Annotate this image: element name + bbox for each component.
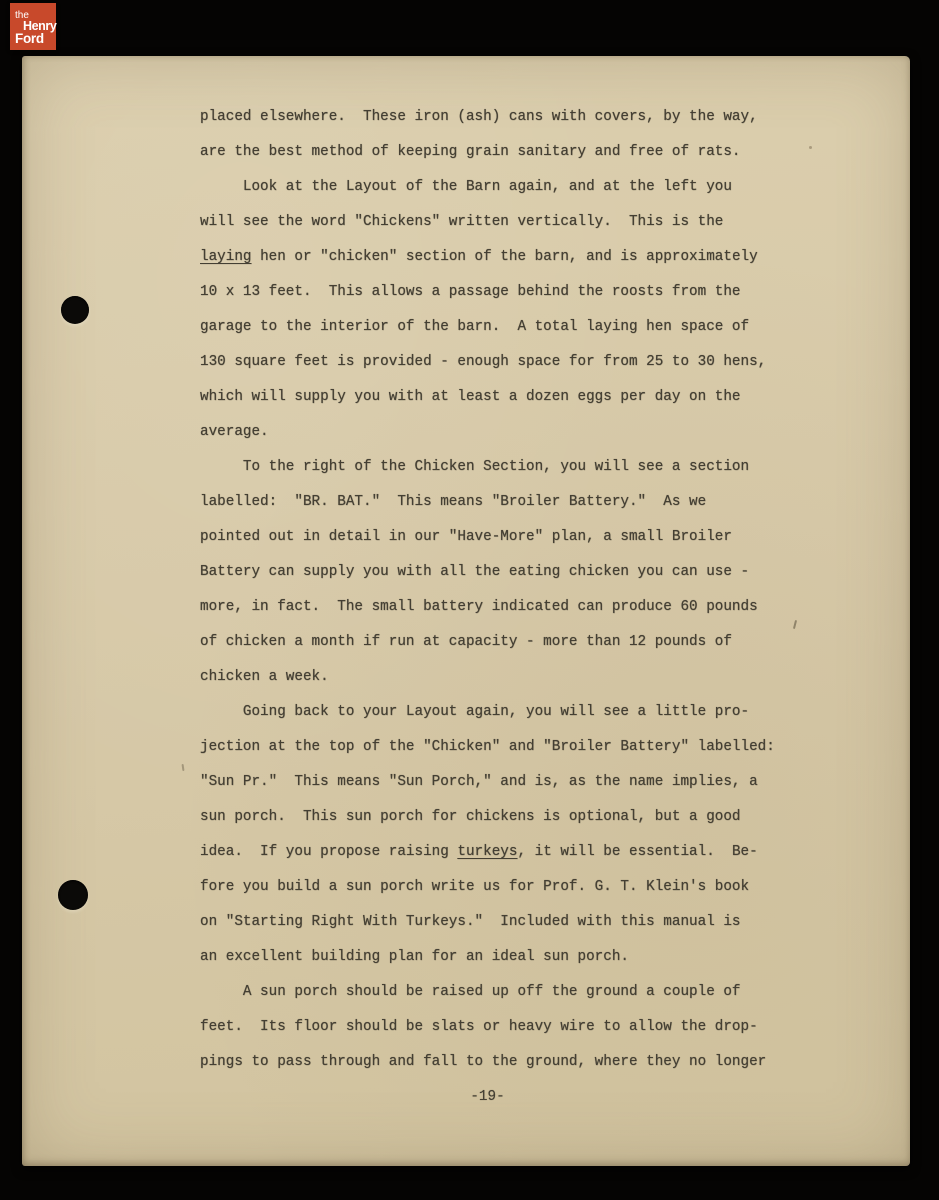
text-line: A sun porch should be raised up off the … [200, 975, 800, 1010]
text-line: feet. Its floor should be slats or heavy… [200, 1010, 800, 1045]
typewritten-text: placed elsewhere. These iron (ash) cans … [200, 100, 800, 1080]
text-line: Look at the Layout of the Barn again, an… [200, 170, 800, 205]
text-line: "Sun Pr." This means "Sun Porch," and is… [200, 765, 800, 800]
text-line: 10 x 13 feet. This allows a passage behi… [200, 275, 800, 310]
text-line: an excellent building plan for an ideal … [200, 940, 800, 975]
text-line: chicken a week. [200, 660, 800, 695]
text-line: laying hen or "chicken" section of the b… [200, 240, 800, 275]
text-line: will see the word "Chickens" written ver… [200, 205, 800, 240]
stray-mark [182, 764, 185, 771]
henry-ford-logo: the Henry Ford [10, 3, 56, 50]
text-line: placed elsewhere. These iron (ash) cans … [200, 100, 800, 135]
text-line: Going back to your Layout again, you wil… [200, 695, 800, 730]
punch-hole-bottom [58, 880, 88, 910]
text-line: garage to the interior of the barn. A to… [200, 310, 800, 345]
text-line: are the best method of keeping grain san… [200, 135, 800, 170]
text-line: on "Starting Right With Turkeys." Includ… [200, 905, 800, 940]
text-line: which will supply you with at least a do… [200, 380, 800, 415]
text-line: labelled: "BR. BAT." This means "Broiler… [200, 485, 800, 520]
text-line: of chicken a month if run at capacity - … [200, 625, 800, 660]
text-line: more, in fact. The small battery indicat… [200, 590, 800, 625]
text-line: fore you build a sun porch write us for … [200, 870, 800, 905]
logo-text-ford: Ford [15, 31, 44, 46]
scan-background: placed elsewhere. These iron (ash) cans … [0, 0, 939, 1200]
text-line: average. [200, 415, 800, 450]
text-line: 130 square feet is provided - enough spa… [200, 345, 800, 380]
text-line: pings to pass through and fall to the gr… [200, 1045, 800, 1080]
text-line: idea. If you propose raising turkeys, it… [200, 835, 800, 870]
text-line: sun porch. This sun porch for chickens i… [200, 800, 800, 835]
text-line: Battery can supply you with all the eati… [200, 555, 800, 590]
text-line: jection at the top of the "Chicken" and … [200, 730, 800, 765]
stray-mark [809, 146, 812, 149]
text-line: To the right of the Chicken Section, you… [200, 450, 800, 485]
punch-hole-top [61, 296, 89, 324]
text-line: pointed out in detail in our "Have-More"… [200, 520, 800, 555]
page-number: -19- [200, 1080, 775, 1115]
